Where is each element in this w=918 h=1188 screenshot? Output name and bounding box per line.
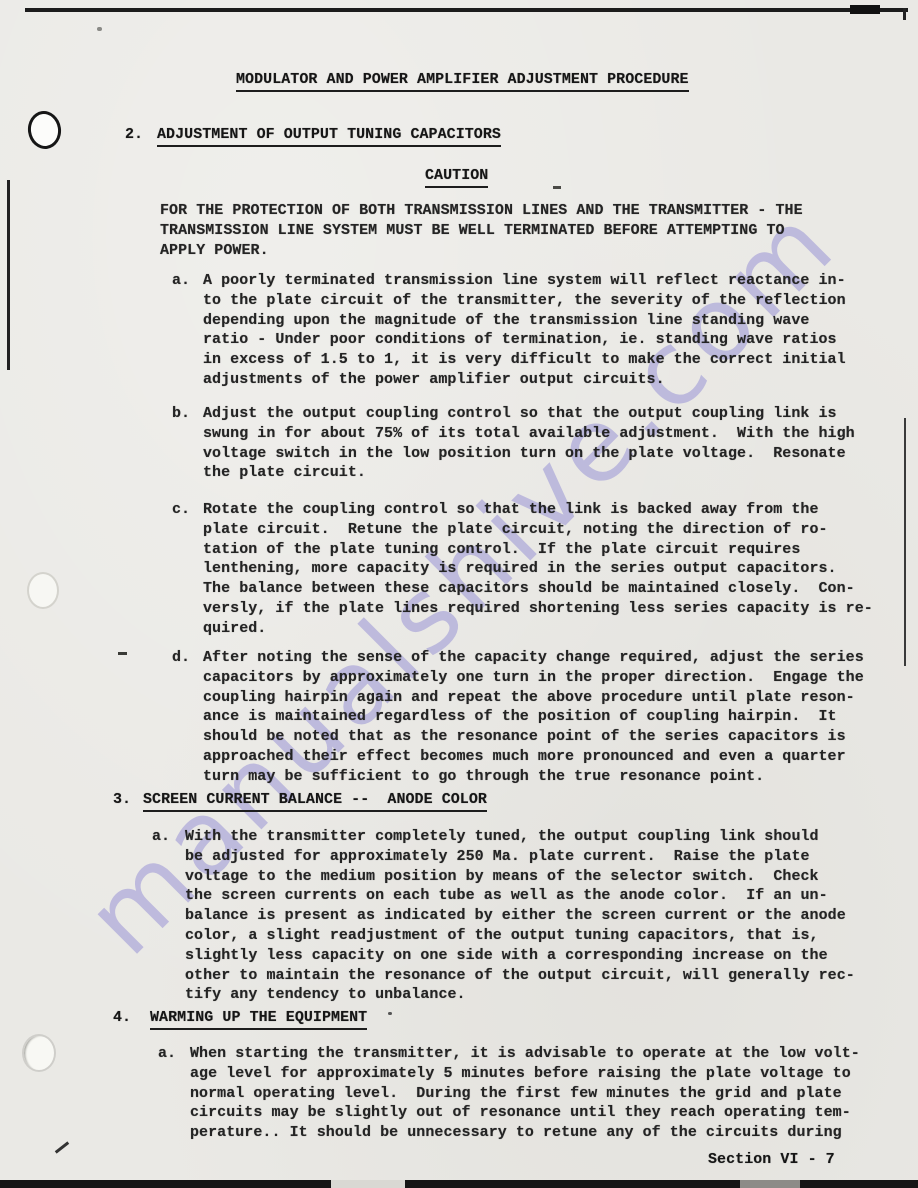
scan-speck [388,1012,392,1015]
section-3-number: 3. [113,790,131,810]
scan-edge-top [25,8,908,12]
item-2d-label: d. [172,648,190,668]
scan-edge-bottom-gap [331,1180,405,1188]
scan-edge-left-strip [7,180,10,370]
section-4-heading: WARMING UP THE EQUIPMENT [150,1008,367,1030]
page-title: MODULATOR AND POWER AMPLIFIER ADJUSTMENT… [236,70,689,92]
item-2a-label: a. [172,271,190,291]
page-footer: Section VI - 7 [708,1150,835,1170]
item-2d-text: After noting the sense of the capacity c… [203,648,864,787]
caution-text: FOR THE PROTECTION OF BOTH TRANSMISSION … [160,201,803,260]
item-2b-text: Adjust the output coupling control so th… [203,404,855,483]
item-4a-text: When starting the transmitter, it is adv… [190,1044,860,1143]
scan-edge-top-blob [850,5,880,14]
scan-speck [553,186,561,189]
section-4-number: 4. [113,1008,131,1028]
item-3a-label: a. [152,827,170,847]
item-4a-label: a. [158,1044,176,1064]
hole-punch-top [26,109,64,151]
caution-label: CAUTION [425,166,488,188]
hole-punch-bottom [22,1034,56,1072]
scan-speck [97,27,102,31]
scan-edge-bottom-gap2 [740,1180,800,1188]
item-3a-text: With the transmitter completely tuned, t… [185,827,855,1005]
section-2-number: 2. [125,125,143,145]
pen-slash-mark [55,1141,69,1153]
section-2-heading: ADJUSTMENT OF OUTPUT TUNING CAPACITORS [157,125,501,147]
item-2c-text: Rotate the coupling control so that the … [203,500,873,639]
section-3-heading: SCREEN CURRENT BALANCE -- ANODE COLOR [143,790,487,812]
item-2c-label: c. [172,500,190,520]
scan-edge-right-line [904,418,906,666]
scan-speck [118,652,127,655]
scan-edge-top-right-tick [903,8,906,20]
item-2b-label: b. [172,404,190,424]
scanned-document-page: manualshive.com MODULATOR AND POWER AMPL… [0,0,918,1188]
item-2a-text: A poorly terminated transmission line sy… [203,271,846,390]
hole-punch-middle [27,572,59,609]
